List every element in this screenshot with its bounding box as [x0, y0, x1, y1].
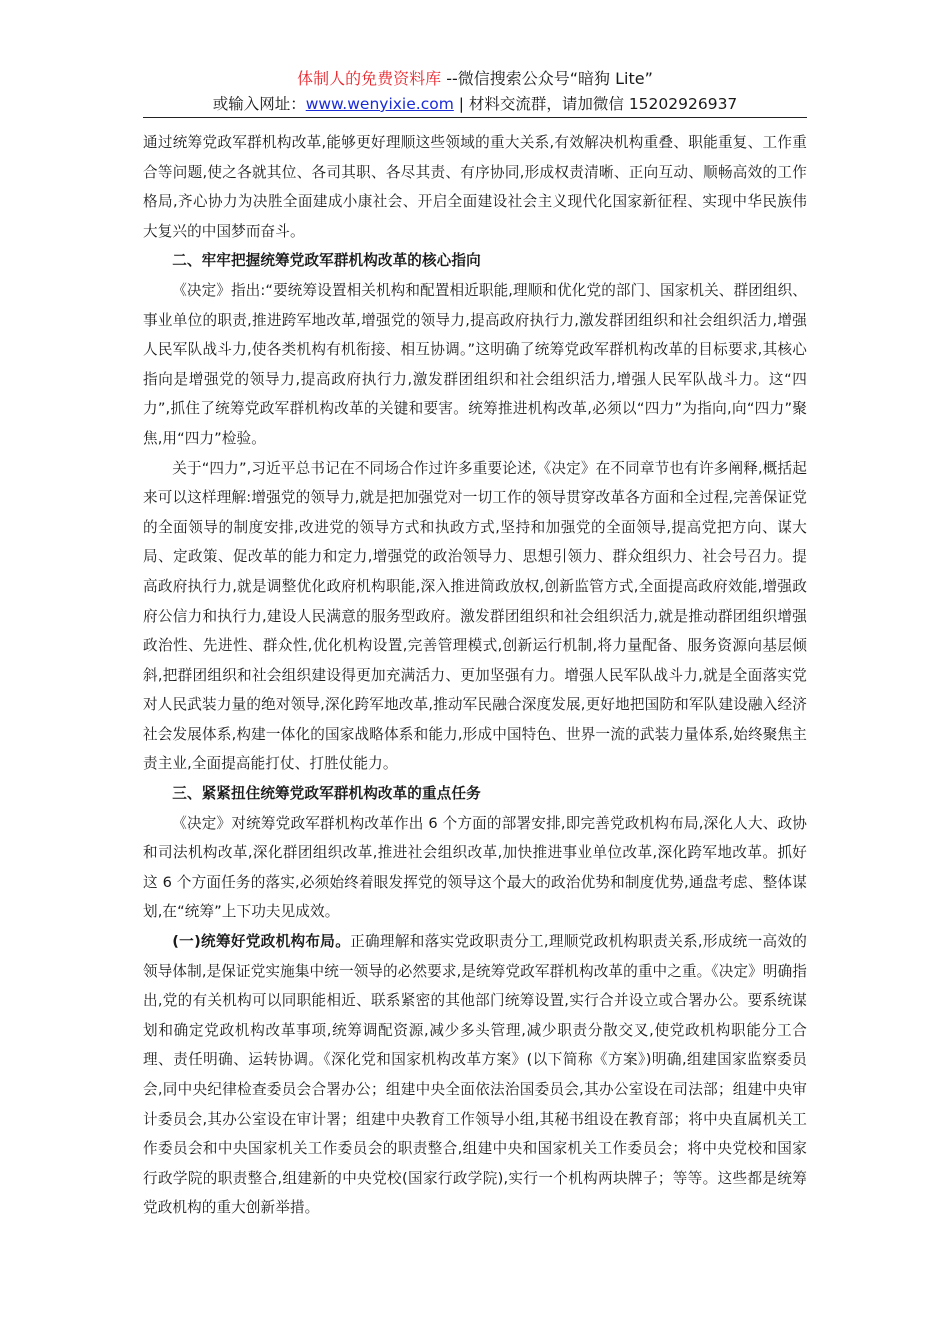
paragraph-decision-quote: 《决定》指出:“要统筹设置相关机构和配置相近职能,理顺和优化党的部门、国家机关、… — [143, 276, 807, 454]
contact-info: 材料交流群，请加微信 15202926937 — [469, 95, 737, 113]
header-contact-line: 或输入网址：www.wenyixie.com | 材料交流群，请加微信 1520… — [143, 92, 807, 116]
header-promo-line: 体制人的免费资料库 --微信搜索公众号“暗狗 Lite” — [143, 66, 807, 92]
brand-title: 体制人的免费资料库 — [297, 69, 441, 88]
subsection-lead: (一)统筹好党政机构布局。 — [172, 933, 350, 950]
url-prefix: 或输入网址： — [213, 95, 306, 113]
website-link[interactable]: www.wenyixie.com — [306, 95, 454, 113]
paragraph-intro-continued: 通过统筹党政军群机构改革,能够更好理顺这些领域的重大关系,有效解决机构重叠、职能… — [143, 128, 807, 246]
paragraph-four-powers: 关于“四力”,习近平总书记在不同场合作过许多重要论述,《决定》在不同章节也有许多… — [143, 454, 807, 780]
document-body: 通过统筹党政军群机构改革,能够更好理顺这些领域的重大关系,有效解决机构重叠、职能… — [143, 128, 807, 1223]
header-divider — [143, 117, 807, 118]
subsection-body: 正确理解和落实党政职责分工,理顺党政机构职责关系,形成统一高效的领导体制,是保证… — [143, 933, 807, 1216]
paragraph-party-govt-layout: (一)统筹好党政机构布局。正确理解和落实党政职责分工,理顺党政机构职责关系,形成… — [143, 927, 807, 1223]
section-heading-2: 二、牢牢把握统筹党政军群机构改革的核心指向 — [143, 246, 807, 276]
section-heading-3: 三、紧紧扭住统筹党政军群机构改革的重点任务 — [143, 779, 807, 809]
page-header: 体制人的免费资料库 --微信搜索公众号“暗狗 Lite” 或输入网址：www.w… — [143, 66, 807, 116]
paragraph-six-tasks: 《决定》对统筹党政军群机构改革作出 6 个方面的部署安排,即完善党政机构布局,深… — [143, 809, 807, 927]
header-tagline: --微信搜索公众号“暗狗 Lite” — [441, 69, 653, 88]
header-separator: | — [454, 95, 469, 113]
